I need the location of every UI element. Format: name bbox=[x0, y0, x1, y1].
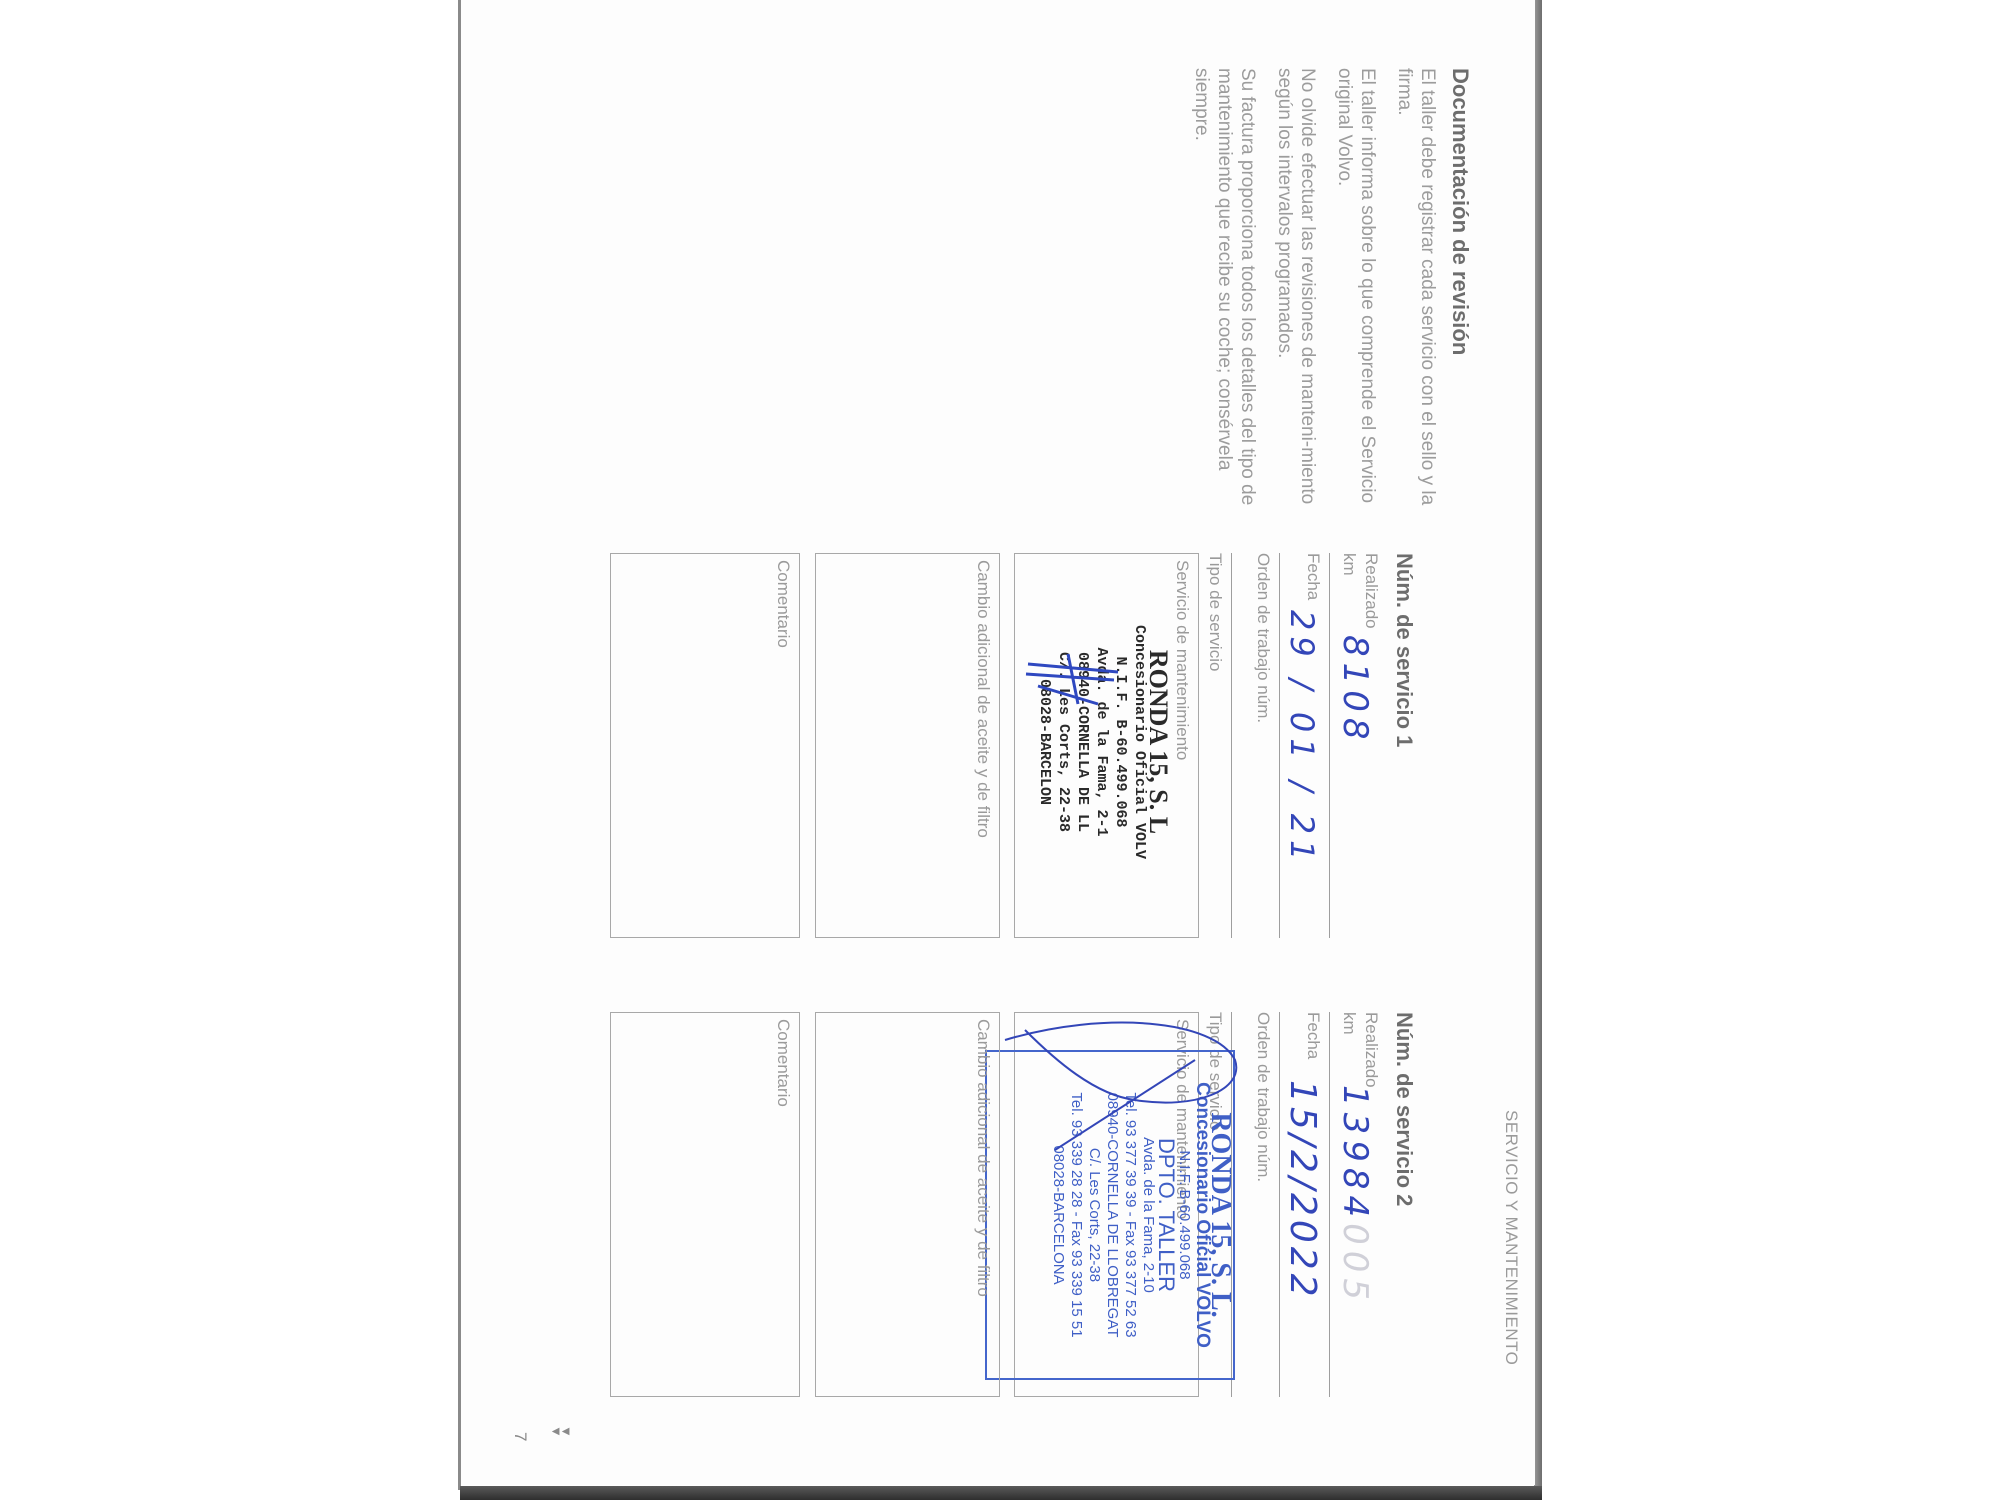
service-1-comment-label: Comentario bbox=[773, 560, 793, 648]
intro-body: El taller debe registrar cada servicio c… bbox=[1176, 68, 1439, 508]
service-2-orden-label: Orden de trabajo núm. bbox=[1253, 1012, 1273, 1182]
service-2-comment-box[interactable]: Comentario bbox=[610, 1012, 800, 1397]
service-1-tipo-label: Tipo de servicio bbox=[1205, 553, 1225, 671]
scan-edge-bottom bbox=[460, 1486, 1542, 1500]
service-2-oil-box[interactable]: Cambio adicional de aceite y de filtro bbox=[815, 1012, 1000, 1397]
service-2-fecha-value[interactable]: 15/2/2022 bbox=[1282, 1080, 1323, 1301]
service-2-km-value[interactable]: 13984005 bbox=[1335, 1085, 1375, 1306]
service-1-oil-label: Cambio adicional de aceite y de filtro bbox=[973, 560, 993, 838]
service-1-km-value[interactable]: 8108 bbox=[1335, 635, 1375, 746]
intro-paragraph: El taller debe registrar cada servicio c… bbox=[1393, 68, 1439, 508]
service-2-km-rule bbox=[1329, 1012, 1330, 1397]
continue-chevron-icon: ▼▼ bbox=[551, 1425, 571, 1438]
service-1-km-rule bbox=[1329, 553, 1330, 938]
service-1-realizado-label: Realizado bbox=[1361, 553, 1381, 629]
service-1-title: Núm. de servicio 1 bbox=[1391, 553, 1417, 747]
service-1-fecha-rule bbox=[1279, 553, 1280, 938]
service-1-comment-box[interactable]: Comentario bbox=[610, 553, 800, 938]
service-1-km-label: km bbox=[1339, 553, 1359, 576]
service-1-maintenance-box[interactable]: Servicio de mantenimiento RONDA 15, S. L… bbox=[1014, 553, 1199, 938]
service-2-title: Núm. de servicio 2 bbox=[1391, 1012, 1417, 1206]
service-1-fecha-label: Fecha bbox=[1303, 553, 1323, 600]
service-2-oil-label: Cambio adicional de aceite y de filtro bbox=[973, 1019, 993, 1297]
intro-heading: Documentación de revisión bbox=[1447, 68, 1473, 355]
service-1-orden-rule bbox=[1231, 553, 1232, 938]
service-1-maintenance-label: Servicio de mantenimiento bbox=[1172, 560, 1192, 760]
stamp-line: RONDA 15, S. L bbox=[1149, 612, 1168, 872]
service-2-km-written: 13984 bbox=[1335, 1085, 1375, 1223]
running-head: SERVICIO Y MANTENIMIENTO bbox=[1501, 1110, 1521, 1365]
service-1-oil-box[interactable]: Cambio adicional de aceite y de filtro bbox=[815, 553, 1000, 938]
scan-edge-right bbox=[1534, 0, 1542, 1500]
service-2-realizado-label: Realizado bbox=[1361, 1012, 1381, 1088]
service-2-km-ghost: 005 bbox=[1335, 1223, 1375, 1306]
service-2-km-label: km bbox=[1339, 1012, 1359, 1035]
service-1-signature bbox=[1013, 554, 1138, 939]
booklet-page: SERVICIO Y MANTENIMIENTO Documentación d… bbox=[461, 0, 1535, 1485]
service-2-fecha-label: Fecha bbox=[1303, 1012, 1323, 1059]
intro-paragraph: No olvide efectuar las revisiones de man… bbox=[1273, 68, 1319, 508]
intro-paragraph: El taller informa sobre lo que comprende… bbox=[1333, 68, 1379, 508]
service-2-comment-label: Comentario bbox=[773, 1019, 793, 1107]
service-1-orden-label: Orden de trabajo núm. bbox=[1253, 553, 1273, 723]
service-1-fecha-value[interactable]: 29 / 01 / 21 bbox=[1283, 610, 1321, 866]
page-number: 7 bbox=[510, 1432, 530, 1441]
intro-paragraph: Su factura proporciona todos los detalle… bbox=[1190, 68, 1259, 508]
service-2-signature bbox=[995, 1000, 1255, 1180]
service-2-fecha-rule bbox=[1279, 1012, 1280, 1397]
